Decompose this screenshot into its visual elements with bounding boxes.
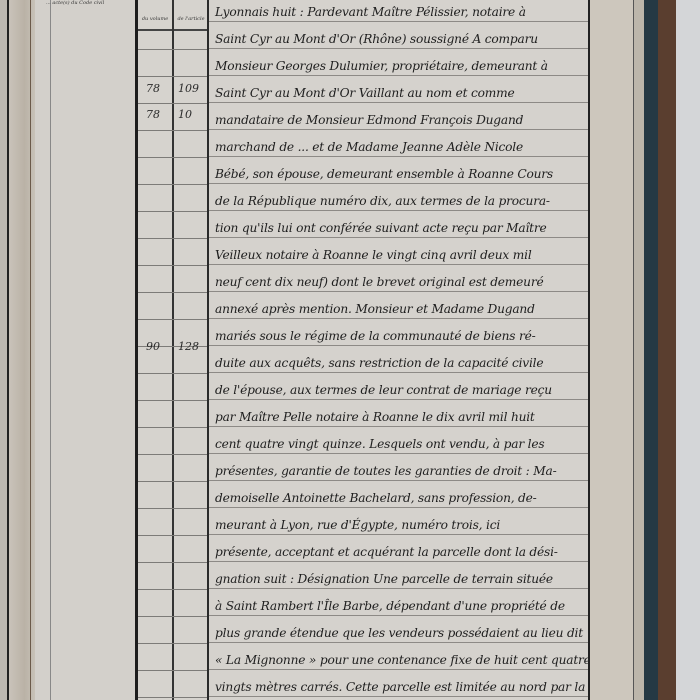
text-line: « La Mignonne » pour une contenance fixe…: [209, 643, 589, 670]
margin-table-row-rule: [138, 427, 208, 428]
text-line: de l'épouse, aux termes de leur contrat …: [209, 373, 589, 400]
article-number: 10: [178, 108, 192, 121]
text-line: neuf cent dix neuf) dont le brevet origi…: [209, 265, 589, 292]
margin-table-row-rule: [138, 103, 208, 104]
margin-table-row-rule: [138, 292, 208, 293]
margin-table-row-rule: [138, 319, 208, 320]
margin-table-row-rule: [138, 454, 208, 455]
margin-table-row-rule: [138, 265, 208, 266]
article-number: 109: [178, 82, 199, 95]
text-line: gnation suit : Désignation Une parcelle …: [209, 562, 589, 589]
margin-table-row-rule: [138, 481, 208, 482]
text-line: Bébé, son épouse, demeurant ensemble à R…: [209, 157, 589, 184]
text-line: tion qu'ils lui ont conférée suivant act…: [209, 211, 589, 238]
text-line: annexé après mention. Monsieur et Madame…: [209, 292, 589, 319]
margin-table-row-rule: [138, 130, 208, 131]
text-line: Lyonnais huit : Pardevant Maître Pélissi…: [209, 0, 589, 22]
margin-table-row-rule: [138, 49, 208, 50]
text-line: vingts mètres carrés. Cette parcelle est…: [209, 670, 589, 697]
text-line: Veilleux notaire à Roanne le vingt cinq …: [209, 238, 589, 265]
text-line: Monsieur Georges Dulumier, propriétaire,…: [209, 49, 589, 76]
text-line: cent quatre vingt quinze. Lesquels ont v…: [209, 427, 589, 454]
article-number: 128: [178, 340, 199, 353]
text-line: Saint Cyr au Mont d'Or Vaillant au nom e…: [209, 76, 589, 103]
left-column-rule: [50, 0, 51, 700]
handwritten-text-area: Lyonnais huit : Pardevant Maître Pélissi…: [209, 0, 589, 700]
margin-table-row-rule: [138, 400, 208, 401]
text-line: présente, acceptant et acquérant la parc…: [209, 535, 589, 562]
margin-table-row-rule: [138, 589, 208, 590]
margin-table-row-rule: [138, 616, 208, 617]
page-stack-edge: [634, 0, 644, 700]
header-volume: du volume: [138, 15, 172, 24]
left-page-header-note: ... acte(s) du Code civil: [46, 0, 136, 7]
volume-number: 78: [146, 108, 160, 121]
margin-table-row-rule: [138, 76, 208, 77]
margin-table-row-rule: [138, 535, 208, 536]
margin-table-row-rule: [138, 211, 208, 212]
text-line: plus grande étendue que les vendeurs pos…: [209, 616, 589, 643]
volume-number: 90: [146, 340, 160, 353]
margin-table-row-rule: [138, 697, 208, 698]
margin-reference-table: du volume de l'article 78 109 78 10 90 1…: [138, 0, 208, 700]
book-gutter: [9, 0, 35, 700]
margin-table-row-rule: [138, 508, 208, 509]
text-line: de la République numéro dix, aux termes …: [209, 184, 589, 211]
margin-table-row-rule: [138, 373, 208, 374]
text-line: Saint Cyr au Mont d'Or (Rhône) soussigné…: [209, 22, 589, 49]
header-article: de l'article: [174, 15, 208, 24]
text-line: mariés sous le régime de la communauté d…: [209, 319, 589, 346]
margin-table-divider: [172, 0, 174, 700]
text-line: mandataire de Monsieur Edmond François D…: [209, 103, 589, 130]
margin-table-row-rule: [138, 157, 208, 158]
text-line: par Maître Pelle notaire à Roanne le dix…: [209, 400, 589, 427]
book-cover-blue-edge: [644, 0, 658, 700]
margin-table-row-rule: [138, 670, 208, 671]
text-line: présentes, garantie de toutes les garant…: [209, 454, 589, 481]
text-line: marchand de ... et de Madame Jeanne Adèl…: [209, 130, 589, 157]
margin-table-row-rule: [138, 184, 208, 185]
left-blank-column: [35, 0, 135, 700]
right-blank-margin: [590, 0, 634, 700]
text-line: duite aux acquêts, sans restriction de l…: [209, 346, 589, 373]
text-line: à Saint Rambert l'Île Barbe, dépendant d…: [209, 589, 589, 616]
text-line: meurant à Lyon, rue d'Égypte, numéro tro…: [209, 508, 589, 535]
book-cover-brown-edge: [658, 0, 676, 700]
gutter-fold-line: [30, 0, 31, 700]
background-surface: [676, 0, 700, 700]
margin-table-row-rule: [138, 562, 208, 563]
margin-table-row-rule: [138, 238, 208, 239]
volume-number: 78: [146, 82, 160, 95]
margin-table-row-rule: [138, 643, 208, 644]
text-line: demoiselle Antoinette Bachelard, sans pr…: [209, 481, 589, 508]
